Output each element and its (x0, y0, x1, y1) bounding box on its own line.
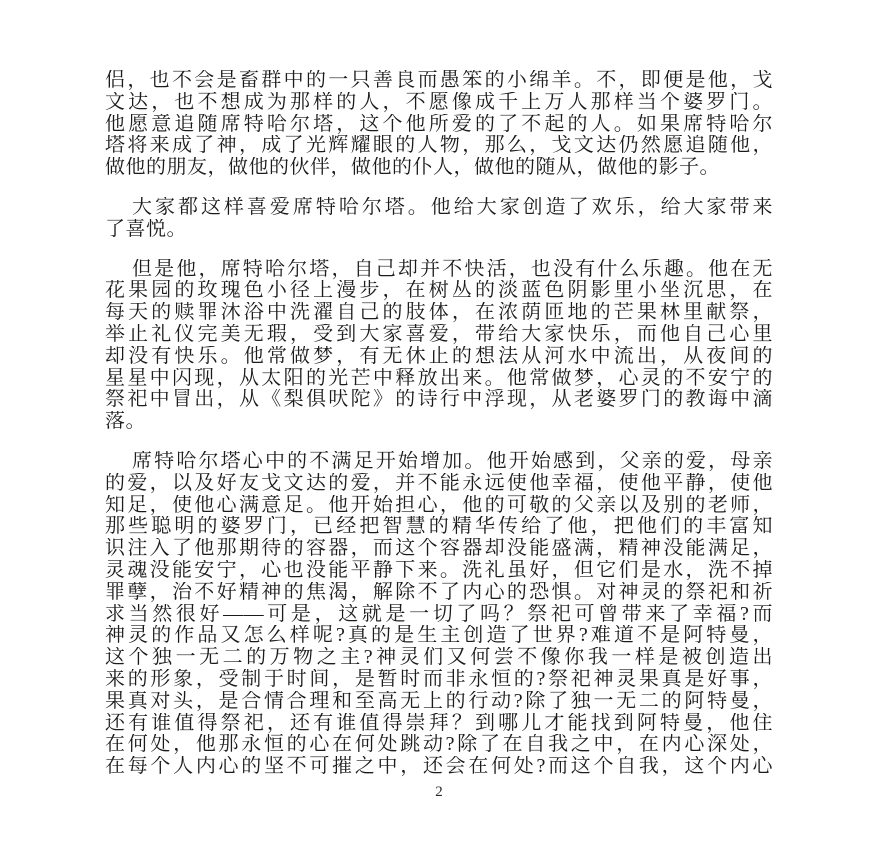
text-line: 落。 (105, 411, 773, 433)
text-line: 识注入了他那期待的容器，而这个容器却没能盛满，精神没能满足， (105, 538, 773, 560)
text-line: 还有谁值得祭祀，还有谁值得崇拜？到哪儿才能找到阿特曼，他住 (105, 713, 773, 735)
text-line: 但是他，席特哈尔塔，自己却并不快活，也没有什么乐趣。他在无 (105, 259, 773, 281)
text-line: 的爱，以及好友戈文达的爱，并不能永远使他幸福，使他平静，使他 (105, 473, 773, 495)
text-line: 在每个人内心的坚不可摧之中，还会在何处?而这个自我，这个内心 (105, 756, 773, 778)
text-line: 举止礼仪完美无瑕，受到大家喜爱，带给大家快乐，而他自己心里 (105, 324, 773, 346)
text-line: 了喜悦。 (105, 219, 773, 241)
text-line: 在何处，他那永恒的心在何处跳动?除了在自我之中，在内心深处， (105, 734, 773, 756)
text-line: 大家都这样喜爱席特哈尔塔。他给大家创造了欢乐，给大家带来 (105, 197, 773, 219)
text-line: 神灵的作品又怎么样呢?真的是生主创造了世界?难道不是阿特曼， (105, 625, 773, 647)
paragraph: 大家都这样喜爱席特哈尔塔。他给大家创造了欢乐，给大家带来了喜悦。 (105, 197, 773, 241)
text-line: 侣，也不会是畜群中的一只善良而愚笨的小绵羊。不，即便是他，戈 (105, 70, 773, 92)
text-line: 做他的朋友，做他的伙伴，做他的仆人，做他的随从，做他的影子。 (105, 157, 773, 179)
text-line: 罪孽，治不好精神的焦渴，解除不了内心的恐惧。对神灵的祭祀和祈 (105, 582, 773, 604)
text-line: 他愿意追随席特哈尔塔，这个他所爱的了不起的人。如果席特哈尔 (105, 114, 773, 136)
text-block: 侣，也不会是畜群中的一只善良而愚笨的小绵羊。不，即便是他，戈文达，也不想成为那样… (105, 70, 773, 778)
text-line: 果真对头，是合情合理和至高无上的行动?除了独一无二的阿特曼， (105, 691, 773, 713)
text-line: 却没有快乐。他常做梦，有无休止的想法从河水中流出，从夜间的 (105, 346, 773, 368)
text-line: 花果园的玫瑰色小径上漫步，在树丛的淡蓝色阴影里小坐沉思，在 (105, 280, 773, 302)
page-number: 2 (105, 784, 773, 801)
text-line: 求当然很好——可是，这就是一切了吗？祭祀可曾带来了幸福?而 (105, 604, 773, 626)
text-line: 知足，使他心满意足。他开始担心，他的可敬的父亲以及别的老师， (105, 495, 773, 517)
text-line: 祭祀中冒出，从《梨俱吠陀》的诗行中浮现，从老婆罗门的教诲中滴 (105, 389, 773, 411)
text-line: 那些聪明的婆罗门，已经把智慧的精华传给了他，把他们的丰富知 (105, 516, 773, 538)
book-page: 侣，也不会是畜群中的一只善良而愚笨的小绵羊。不，即便是他，戈文达，也不想成为那样… (0, 0, 870, 842)
text-line: 星星中闪现，从太阳的光芒中释放出来。他常做梦，心灵的不安宁的 (105, 368, 773, 390)
paragraph: 席特哈尔塔心中的不满足开始增加。他开始感到，父亲的爱，母亲的爱，以及好友戈文达的… (105, 451, 773, 778)
text-line: 每天的赎罪沐浴中洗濯自己的肢体，在浓荫匝地的芒果林里献祭， (105, 302, 773, 324)
text-line: 塔将来成了神，成了光辉耀眼的人物，那么，戈文达仍然愿追随他， (105, 135, 773, 157)
text-line: 来的形象，受制于时间，是暂时而非永恒的?祭祀神灵果真是好事， (105, 669, 773, 691)
text-line: 这个独一无二的万物之主?神灵们又何尝不像你我一样是被创造出 (105, 647, 773, 669)
text-line: 席特哈尔塔心中的不满足开始增加。他开始感到，父亲的爱，母亲 (105, 451, 773, 473)
text-line: 文达，也不想成为那样的人，不愿像成千上万人那样当个婆罗门。 (105, 92, 773, 114)
paragraph: 但是他，席特哈尔塔，自己却并不快活，也没有什么乐趣。他在无花果园的玫瑰色小径上漫… (105, 259, 773, 433)
paragraph: 侣，也不会是畜群中的一只善良而愚笨的小绵羊。不，即便是他，戈文达，也不想成为那样… (105, 70, 773, 179)
text-line: 灵魂没能安宁，心也没能平静下来。洗礼虽好，但它们是水，洗不掉 (105, 560, 773, 582)
